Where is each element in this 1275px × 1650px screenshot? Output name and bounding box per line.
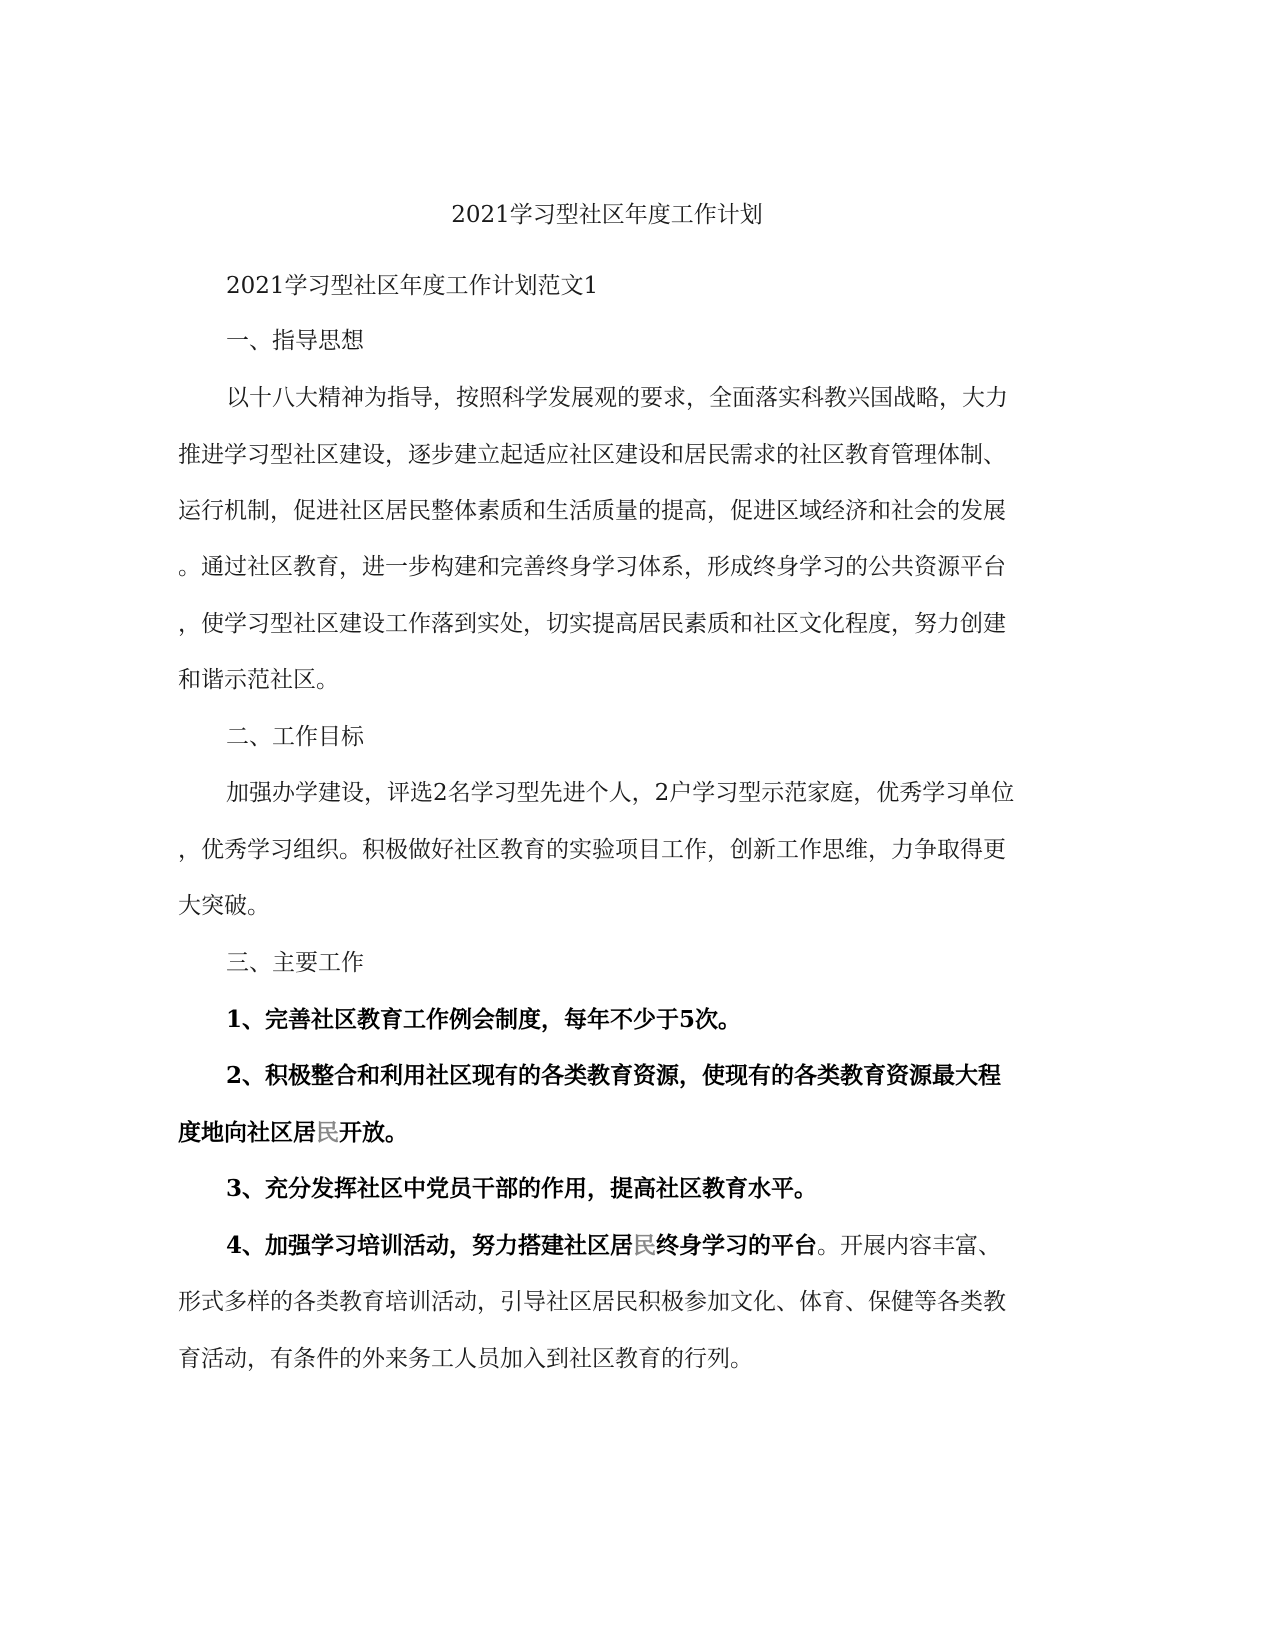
paragraph-line: 形式多样的各类教育培训活动，引导社区居民积极参加文化、体育、保健等各类教 [178,1287,1006,1317]
section-heading-main-work: 三、主要工作 [226,948,364,978]
work-item-2: 2、积极整合和利用社区现有的各类教育资源，使现有的各类教育资源最大程 [226,1061,1001,1091]
paragraph-line: 大突破。 [178,891,270,921]
text-run-gray: 民 [633,1232,656,1259]
work-item-4: 4、加强学习培训活动，努力搭建社区居民终身学习的平台。开展内容丰富、 [226,1231,1001,1261]
paragraph-line: 加强办学建设，评选2名学习型先进个人，2户学习型示范家庭，优秀学习单位 [226,778,1014,808]
work-item-2-continued: 度地向社区居民开放。 [178,1118,408,1148]
paragraph-line: 和谐示范社区。 [178,665,339,695]
text-run: 终身学习的平台 [656,1232,817,1259]
paragraph-line: 运行机制，促进社区居民整体素质和生活质量的提高，促进区域经济和社会的发展 [178,496,1006,526]
text-run: 开放。 [339,1119,408,1146]
document-title: 2021学习型社区年度工作计划 [178,200,1036,230]
work-item-1: 1、完善社区教育工作例会制度，每年不少于5次。 [226,1005,741,1035]
text-run-gray: 民 [316,1119,339,1146]
document-subtitle: 2021学习型社区年度工作计划范文1 [226,271,598,301]
text-run: 度地向社区居 [178,1119,316,1146]
paragraph-line: 育活动，有条件的外来务工人员加入到社区教育的行列。 [178,1344,753,1374]
text-run: 4、加强学习培训活动，努力搭建社区居 [226,1232,633,1259]
text-run-plain: 。开展内容丰富、 [817,1233,1001,1259]
paragraph-line: ，使学习型社区建设工作落到实处，切实提高居民素质和社区文化程度，努力创建 [178,609,1006,639]
section-heading-guiding-ideology: 一、指导思想 [226,326,364,356]
work-item-3: 3、充分发挥社区中党员干部的作用，提高社区教育水平。 [226,1174,817,1204]
paragraph-line: 以十八大精神为指导，按照科学发展观的要求，全面落实科教兴国战略，大力 [226,383,1008,413]
paragraph-line: ，优秀学习组织。积极做好社区教育的实验项目工作，创新工作思维，力争取得更 [178,835,1006,865]
paragraph-line: 推进学习型社区建设，逐步建立起适应社区建设和居民需求的社区教育管理体制、 [178,440,1006,470]
paragraph-line: 。通过社区教育，进一步构建和完善终身学习体系，形成终身学习的公共资源平台 [178,552,1006,582]
section-heading-work-goals: 二、工作目标 [226,722,364,752]
